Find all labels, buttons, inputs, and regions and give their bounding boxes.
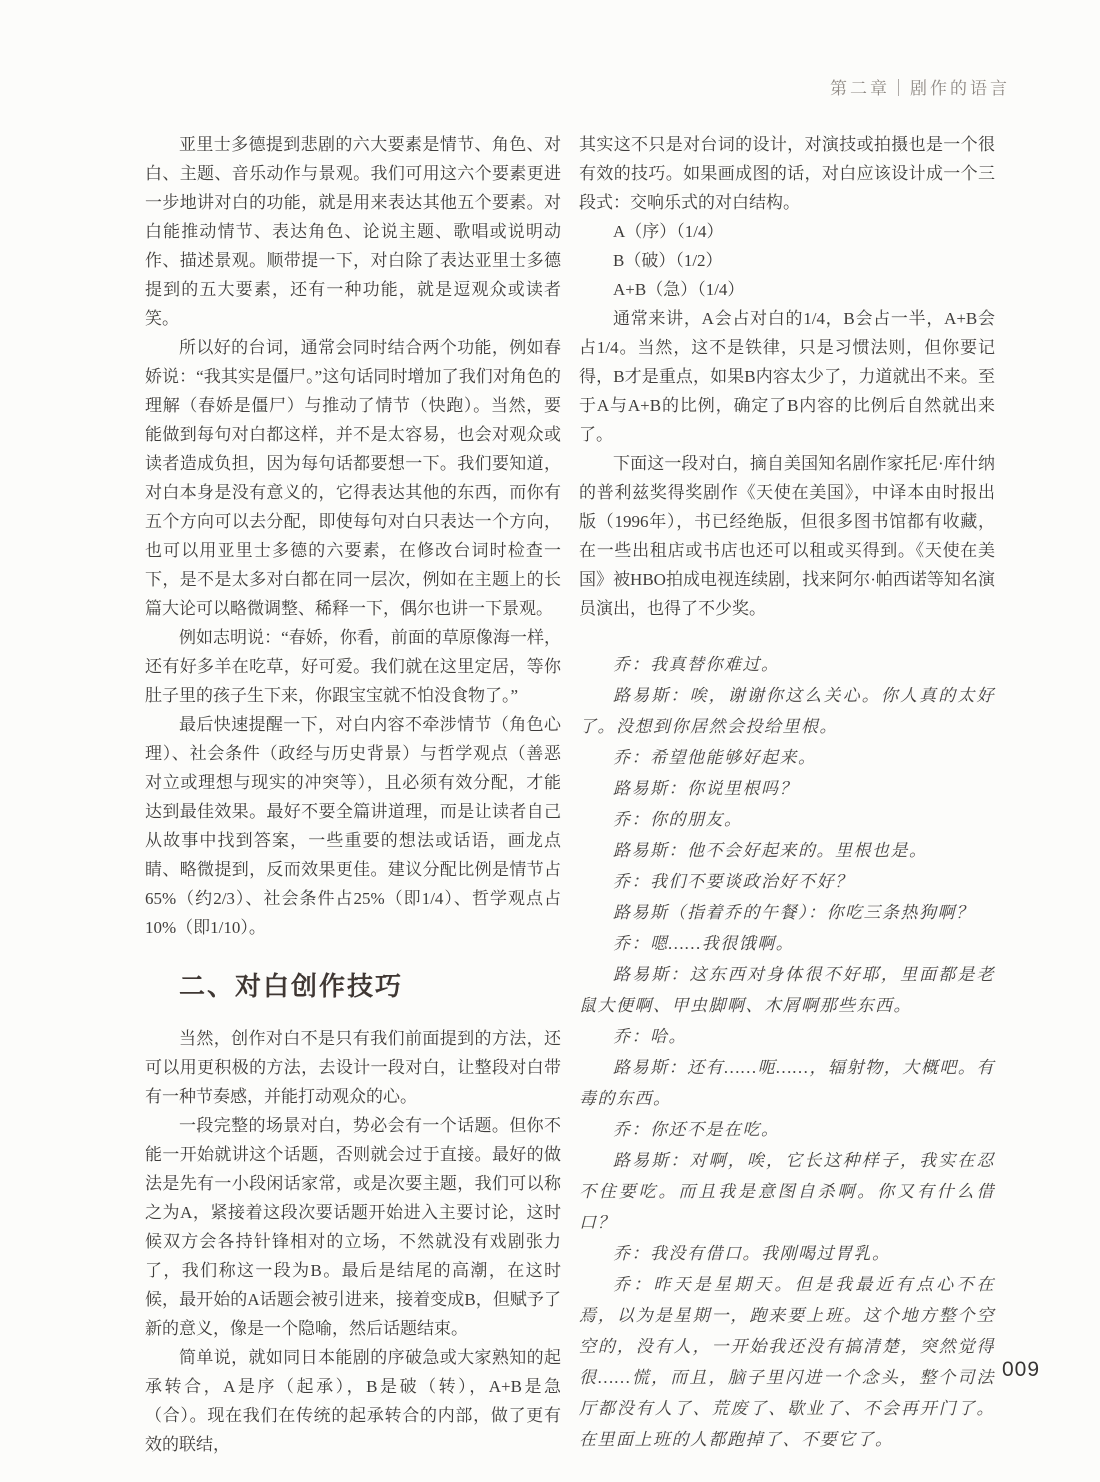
dialogue-line: 乔：你的朋友。	[579, 804, 995, 835]
book-page: 第二章｜剧作的语言 亚里士多德提到悲剧的六大要素是情节、角色、对白、主题、音乐动…	[0, 0, 1100, 1482]
page-number: 009	[1002, 1358, 1040, 1382]
dialogue-structure-list: A（序）（1/4） B（破）（1/2） A+B（急）（1/4）	[579, 217, 995, 304]
dialogue-line: 乔：嗯……我很饿啊。	[579, 928, 995, 959]
structure-line: B（破）（1/2）	[579, 246, 995, 275]
paragraph: 最后快速提醒一下，对白内容不牵涉情节（角色心理）、社会条件（政经与历史背景）与哲…	[145, 710, 561, 942]
dialogue-line: 路易斯：还有……呃……，辐射物，大概吧。有毒的东西。	[579, 1052, 995, 1114]
right-column: 其实这不只是对台词的设计，对演技或拍摄也是一个很有效的技巧。如果画成图的话，对白…	[579, 130, 995, 1459]
paragraph: 简单说，就如同日本能剧的序破急或大家熟知的起承转合，A是序（起承），B是破（转）…	[145, 1343, 561, 1459]
running-header: 第二章｜剧作的语言	[0, 74, 1010, 99]
paragraph: 例如志明说：“春娇，你看，前面的草原像海一样，还有好多羊在吃草，好可爱。我们就在…	[145, 623, 561, 710]
dialogue-line: 路易斯（指着乔的午餐）：你吃三条热狗啊？	[579, 897, 995, 928]
paragraph: 当然，创作对白不是只有我们前面提到的方法，还可以用更积极的方法，去设计一段对白，…	[145, 1024, 561, 1111]
paragraph: 一段完整的场景对白，势必会有一个话题。但你不能一开始就讲这个话题，否则就会过于直…	[145, 1111, 561, 1343]
dialogue-line: 乔：昨天是星期天。但是我最近有点心不在焉，以为是星期一，跑来要上班。这个地方整个…	[579, 1269, 995, 1455]
paragraph-continuation: 其实这不只是对台词的设计，对演技或拍摄也是一个很有效的技巧。如果画成图的话，对白…	[579, 130, 995, 217]
paragraph: 亚里士多德提到悲剧的六大要素是情节、角色、对白、主题、音乐动作与景观。我们可用这…	[145, 130, 561, 333]
section-heading: 二、对白创作技巧	[179, 968, 561, 1004]
structure-line: A（序）（1/4）	[579, 217, 995, 246]
left-column: 亚里士多德提到悲剧的六大要素是情节、角色、对白、主题、音乐动作与景观。我们可用这…	[145, 130, 561, 1459]
dialogue-line: 乔：哈。	[579, 1021, 995, 1052]
text-columns: 亚里士多德提到悲剧的六大要素是情节、角色、对白、主题、音乐动作与景观。我们可用这…	[145, 130, 995, 1459]
dialogue-line: 乔：希望他能够好起来。	[579, 742, 995, 773]
dialogue-line: 乔：我们不要谈政治好不好？	[579, 866, 995, 897]
dialogue-line: 路易斯：唉，谢谢你这么关心。你人真的太好了。没想到你居然会投给里根。	[579, 680, 995, 742]
paragraph: 所以好的台词，通常会同时结合两个功能，例如春娇说：“我其实是僵尸。”这句话同时增…	[145, 333, 561, 623]
dialogue-line: 路易斯：对啊，唉，它长这种样子，我实在忍不住要吃。而且我是意图自杀啊。你又有什么…	[579, 1145, 995, 1238]
dialogue-line: 乔：我没有借口。我刚喝过胃乳。	[579, 1238, 995, 1269]
structure-line: A+B（急）（1/4）	[579, 275, 995, 304]
dialogue-line: 路易斯：这东西对身体很不好耶，里面都是老鼠大便啊、甲虫脚啊、木屑啊那些东西。	[579, 959, 995, 1021]
paragraph: 下面这一段对白，摘自美国知名剧作家托尼·库什纳的普利兹奖得奖剧作《天使在美国》，…	[579, 449, 995, 623]
dialogue-line: 路易斯：你说里根吗？	[579, 773, 995, 804]
dialogue-line: 乔：我真替你难过。	[579, 649, 995, 680]
dialogue-excerpt: 乔：我真替你难过。 路易斯：唉，谢谢你这么关心。你人真的太好了。没想到你居然会投…	[579, 649, 995, 1455]
paragraph: 通常来讲，A会占对白的1/4，B会占一半，A+B会占1/4。当然，这不是铁律，只…	[579, 304, 995, 449]
dialogue-line: 路易斯：他不会好起来的。里根也是。	[579, 835, 995, 866]
dialogue-line: 乔：你还不是在吃。	[579, 1114, 995, 1145]
